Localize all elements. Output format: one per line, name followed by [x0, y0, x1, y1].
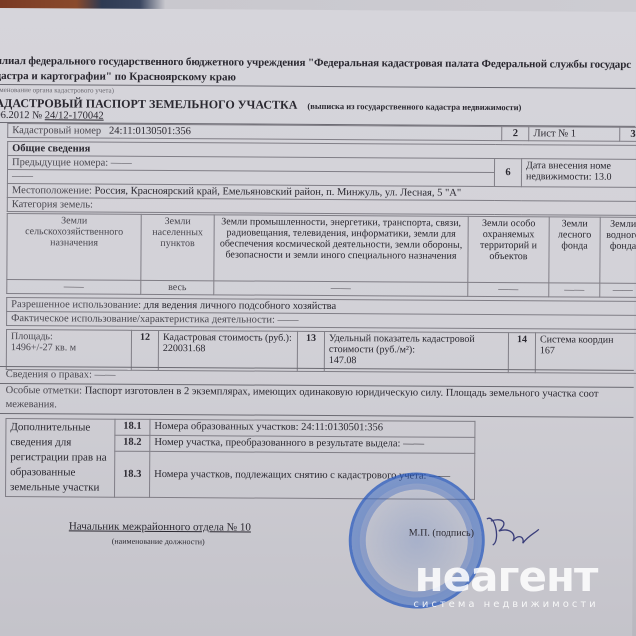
field-3: 3: [619, 127, 636, 141]
category-header: Земли особо охраняемых территорий и объе…: [468, 216, 549, 282]
special-notes: Особые отметки: Паспорт изготовлен в 2 э…: [6, 385, 599, 400]
field-18-2: 18.2: [115, 435, 150, 451]
category-value: ——: [7, 280, 141, 295]
watermark-logo: неагент система недвижимости: [406, 557, 606, 610]
coordinate-system-value: 167: [540, 345, 636, 357]
signature-icon: [483, 511, 543, 551]
category-header: Земли промышленности, энергетики, трансп…: [214, 215, 468, 283]
watermark-tagline: система недвижимости: [406, 599, 606, 610]
permitted-use-value: для ведения личного подсобного хозяйства: [144, 300, 337, 312]
field-13: 13: [297, 331, 324, 371]
field-12: 12: [131, 330, 158, 370]
category-value: весь: [141, 280, 214, 294]
org-caption: именование органа кадастрового учета): [0, 86, 114, 95]
registration-number: 06.2012 № 24/12-170042: [0, 110, 104, 122]
special-notes-value: Паспорт изготовлен в 2 экземплярах, имею…: [85, 386, 599, 400]
category-header: Земли лесного фонда: [549, 217, 600, 283]
additional-info-label: Дополнительные сведения для регистрации …: [6, 419, 115, 498]
signatory-position-caption: (наименование должности): [112, 537, 205, 547]
field-2: 2: [502, 127, 529, 141]
location-value: Россия, Красноярский край, Емельяновский…: [95, 186, 462, 199]
document-title-sub: (выписка из государственного кадастра не…: [307, 101, 521, 112]
area: Площадь: 1496+/-27 кв. м: [6, 330, 131, 371]
field-6: 6: [494, 159, 521, 187]
land-categories-table: Земли сельскохозяйственного назначения З…: [6, 213, 636, 298]
org-name-line-1: илиал федерального государственного бюдж…: [0, 55, 631, 71]
cadastral-cost-value: 220031.68: [163, 343, 293, 355]
divider: [0, 413, 634, 418]
category-value: ——: [214, 281, 468, 297]
formed-plots: Номера образованных участков: 24:11:0130…: [150, 419, 475, 437]
cadastral-header-table: Кадастровый номер 24:11:0130501:356 2 Ли…: [7, 123, 636, 142]
area-value: 1496+/-27 кв. м: [11, 342, 127, 354]
org-name-line-2: дастра и картографии" по Красноярскому к…: [0, 70, 236, 83]
specific-cost: Удельный показатель кадастровой стоимост…: [324, 331, 508, 372]
usage-table: Разрешенное использование: для ведения л…: [6, 297, 636, 330]
actual-use: Фактическое использование/характеристика…: [7, 312, 636, 330]
category-value: ——: [549, 283, 600, 297]
date-entered: Дата внесения номе недвижимости: 13.0: [521, 159, 636, 188]
field-18-3: 18.3: [115, 451, 150, 497]
category-header: Земли водного фонда: [600, 217, 636, 283]
cadastral-number: Кадастровый номер 24:11:0130501:356: [8, 124, 502, 141]
signatory-position: Начальник межрайонного отдела № 10: [69, 520, 251, 533]
field-18-1: 18.1: [115, 419, 150, 435]
document-page: илиал федерального государственного бюдж…: [0, 8, 636, 636]
category-header: Земли населенных пунктов: [141, 214, 214, 280]
coordinate-system: Система координ 167: [535, 333, 636, 374]
category-header: Земли сельскохозяйственного назначения: [7, 214, 141, 281]
special-notes-cont: межевания.: [6, 399, 57, 410]
registration-number-value: 24/12-170042: [45, 110, 104, 121]
cadastral-number-value: 24:11:0130501:356: [109, 126, 191, 137]
registration-date: 06.2012 №: [0, 110, 42, 121]
field-14: 14: [508, 333, 535, 373]
general-info-table: Общие сведения Предыдущие номера: —— 6 Д…: [7, 141, 636, 216]
category-value: ——: [600, 283, 636, 297]
cadastral-cost: Кадастровая стоимость (руб.): 220031.68: [158, 330, 297, 371]
specific-cost-value: 147.08: [329, 355, 504, 367]
converted-plot: Номер участка, преобразованного в резуль…: [150, 435, 475, 453]
watermark-brand: неагент: [406, 557, 606, 597]
rights-info: Сведения о правах: ——: [6, 369, 116, 381]
category-value: ——: [468, 282, 549, 296]
sheet-number: Лист № 1: [529, 127, 619, 142]
stamp-label: М.П. (подпись): [409, 528, 474, 539]
